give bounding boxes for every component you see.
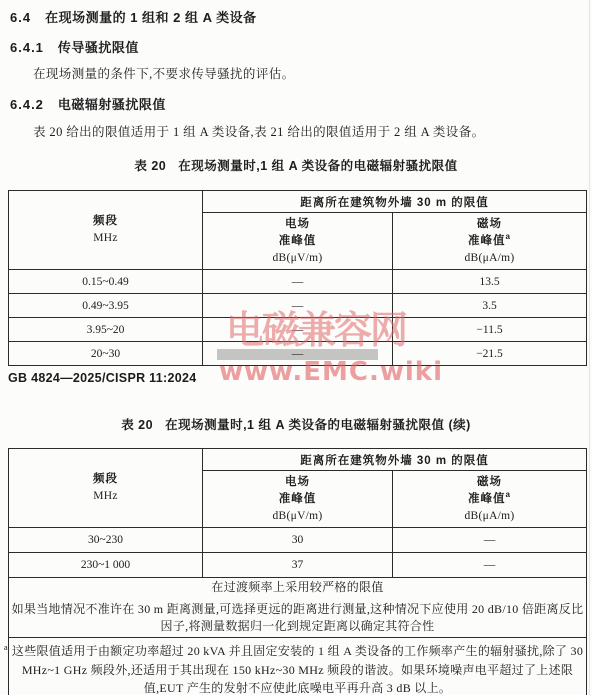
header-electric-field: 电场 准峰值 dB(μV/m): [203, 213, 393, 270]
header-electric-field: 电场 准峰值 dB(μV/m): [203, 471, 393, 528]
h-field-unit: dB(μA/m): [393, 250, 586, 267]
table-label: 表 20: [134, 159, 166, 173]
header-limit-span: 距离所在建筑物外墙 30 m 的限值: [203, 449, 587, 471]
paragraph-6-4-1: 在现场测量的条件下,不要求传导骚扰的评估。: [33, 64, 580, 82]
section-title: 在现场测量的 1 组和 2 组 A 类设备: [45, 10, 257, 25]
header-frequency: 频段 MHz: [9, 191, 203, 270]
h-field-unit: dB(μA/m): [393, 508, 586, 525]
freq-cell: 20~30: [9, 342, 203, 366]
freq-cell: 230~1 000: [9, 553, 203, 578]
table-row: 30~230 30 —: [9, 528, 587, 553]
footnote-mark: a: [506, 490, 511, 499]
section-heading-6-4-2: 6.4.2电磁辐射骚扰限值: [10, 94, 166, 113]
table-20-continued-title: 表 20在现场测量时,1 组 A 类设备的电磁辐射骚扰限值 (续): [0, 415, 592, 433]
table-row: 0.15~0.49 — 13.5: [9, 270, 587, 294]
section-heading-6-4-1: 6.4.1传导骚扰限值: [10, 37, 139, 56]
standard-reference: GB 4824—2025/CISPR 11:2024: [8, 371, 196, 385]
note-line: 如果当地情况不准许在 30 m 距离测量,可选择更远的距离进行测量,这种情况下应…: [9, 601, 586, 636]
document-page: 6.4在现场测量的 1 组和 2 组 A 类设备 6.4.1传导骚扰限值 在现场…: [0, 0, 592, 695]
e-field-cell: 37: [203, 553, 393, 578]
frequency-unit: MHz: [9, 488, 202, 505]
h-field-cell: —: [393, 528, 587, 553]
frequency-label: 频段: [9, 213, 202, 230]
note-line: 在过渡频率上采用较严格的限值: [9, 579, 586, 597]
footnote-text: 这些限值适用于由额定功率超过 20 kVA 并且固定安装的 1 组 A 类设备的…: [12, 644, 583, 695]
quasi-peak-label: 准峰值: [203, 491, 392, 508]
table-row: 230~1 000 37 —: [9, 553, 587, 578]
page-edge: [589, 0, 590, 695]
h-field-label: 磁场: [393, 474, 586, 491]
e-field-unit: dB(μV/m): [203, 250, 392, 267]
header-magnetic-field: 磁场 准峰值a dB(μA/m): [393, 213, 587, 270]
header-frequency: 频段 MHz: [9, 449, 203, 528]
frequency-label: 频段: [9, 471, 202, 488]
freq-cell: 3.95~20: [9, 318, 203, 342]
freq-cell: 0.49~3.95: [9, 294, 203, 318]
table-notes: 在过渡频率上采用较严格的限值 如果当地情况不准许在 30 m 距离测量,可选择更…: [9, 578, 587, 638]
freq-cell: 30~230: [9, 528, 203, 553]
table-20-title: 表 20在现场测量时,1 组 A 类设备的电磁辐射骚扰限值: [0, 156, 592, 174]
section-title: 传导骚扰限值: [58, 40, 139, 55]
table-label: 表 20: [121, 418, 153, 432]
e-field-label: 电场: [203, 216, 392, 233]
section-title: 电磁辐射骚扰限值: [58, 97, 166, 112]
quasi-peak-label: 准峰值a: [393, 233, 586, 250]
section-number: 6.4.2: [10, 97, 44, 112]
quasi-peak-label: 准峰值a: [393, 491, 586, 508]
watermark-text: 电磁兼容网: [226, 299, 406, 354]
frequency-unit: MHz: [9, 230, 202, 247]
table-20-continued: 频段 MHz 距离所在建筑物外墙 30 m 的限值 电场 准峰值 dB(μV/m…: [8, 448, 587, 695]
footnote-mark: a: [0, 638, 12, 657]
e-field-label: 电场: [203, 474, 392, 491]
e-field-cell: —: [203, 270, 393, 294]
quasi-peak-label: 准峰值: [203, 233, 392, 250]
h-field-cell: 13.5: [393, 270, 587, 294]
section-number: 6.4: [10, 10, 31, 25]
header-magnetic-field: 磁场 准峰值a dB(μA/m): [393, 471, 587, 528]
table-caption: 在现场测量时,1 组 A 类设备的电磁辐射骚扰限值 (续): [165, 418, 471, 432]
h-field-cell: −11.5: [393, 318, 587, 342]
h-field-label: 磁场: [393, 216, 586, 233]
table-footnote: a这些限值适用于由额定功率超过 20 kVA 并且固定安装的 1 组 A 类设备…: [9, 638, 587, 695]
h-field-cell: —: [393, 553, 587, 578]
header-limit-span: 距离所在建筑物外墙 30 m 的限值: [203, 191, 587, 213]
section-number: 6.4.1: [10, 40, 44, 55]
footnote-mark: a: [506, 232, 511, 241]
section-heading-6-4: 6.4在现场测量的 1 组和 2 组 A 类设备: [10, 7, 257, 26]
freq-cell: 0.15~0.49: [9, 270, 203, 294]
h-field-cell: 3.5: [393, 294, 587, 318]
watermark-url: www.EMC.wiki: [219, 357, 443, 387]
table-caption: 在现场测量时,1 组 A 类设备的电磁辐射骚扰限值: [178, 159, 457, 173]
e-field-cell: 30: [203, 528, 393, 553]
e-field-unit: dB(μV/m): [203, 508, 392, 525]
paragraph-6-4-2: 表 20 给出的限值适用于 1 组 A 类设备,表 21 给出的限值适用于 2 …: [33, 122, 580, 140]
